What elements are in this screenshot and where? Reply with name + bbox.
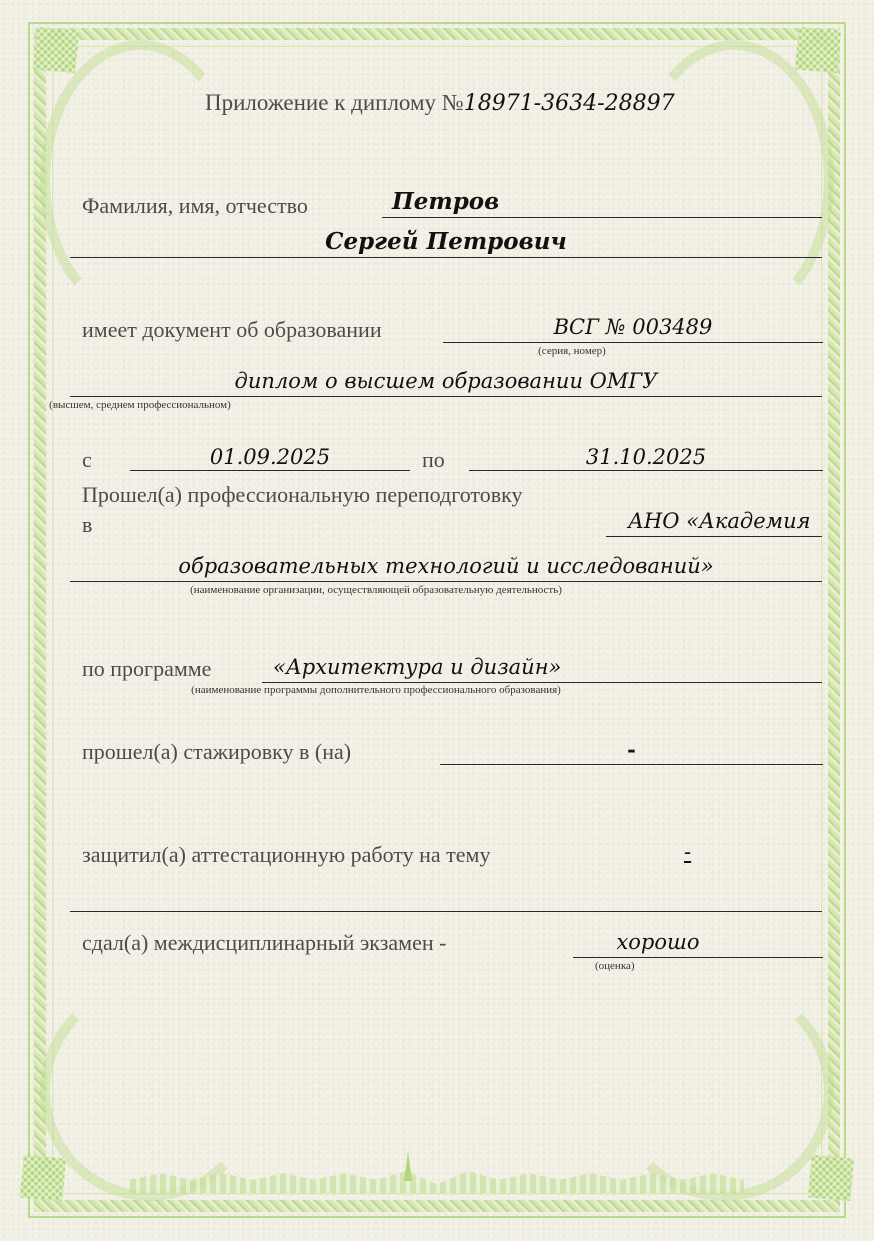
swirl-ornament — [40, 40, 240, 320]
title-prefix: Приложение к диплому № — [205, 90, 464, 115]
corner-ornament-icon — [20, 1155, 66, 1201]
corner-ornament-icon — [795, 27, 841, 73]
swirl-ornament — [634, 40, 834, 320]
thesis-label: защитил(а) аттестационную работу на тему — [82, 842, 490, 868]
surname-value: Петров — [392, 188, 499, 215]
organization-line1-value: АНО «Академия — [628, 509, 811, 533]
name-line — [70, 257, 822, 258]
doc-type-line — [70, 396, 822, 397]
series-number-line — [443, 342, 823, 343]
exam-grade-line — [573, 957, 823, 958]
corner-ornament-icon — [33, 27, 79, 73]
period-from-value: 01.09.2025 — [130, 445, 410, 469]
surname-line — [382, 217, 822, 218]
program-label: по программе — [82, 656, 211, 682]
organization-line2-line — [70, 581, 822, 582]
doc-type-value: диплом о высшем образовании ОМГУ — [70, 369, 822, 393]
period-from-line — [130, 470, 410, 471]
period-to-value: 31.10.2025 — [469, 445, 823, 469]
organization-line2-value: образовательных технологий и исследовани… — [70, 554, 822, 578]
organization-line1-line — [606, 536, 822, 537]
program-value: «Архитектура и дизайн» — [273, 655, 561, 679]
diploma-number: 18971-3634-28897 — [464, 91, 675, 116]
swirl-ornament — [614, 981, 834, 1201]
internship-value: - — [440, 737, 823, 762]
education-doc-label: имеет документ об образовании — [82, 317, 382, 343]
series-number-value: ВСГ № 003489 — [443, 315, 823, 339]
retraining-in-label: в — [82, 512, 92, 538]
retraining-label: Прошел(а) профессиональную переподготовк… — [82, 482, 523, 508]
exam-grade-value: хорошо — [533, 930, 783, 954]
program-hint: (наименование программы дополнительного … — [0, 684, 752, 696]
period-to-line — [469, 470, 823, 471]
period-from-label: с — [82, 447, 92, 473]
organization-hint: (наименование организации, осуществляюще… — [0, 584, 752, 596]
name-patronymic-value: Сергей Петрович — [70, 228, 822, 255]
series-number-hint: (серия, номер) — [443, 345, 701, 357]
program-line — [262, 682, 822, 683]
internship-label: прошел(а) стажировку в (на) — [82, 739, 351, 765]
page-title: Приложение к диплому №18971-3634-28897 — [205, 90, 675, 116]
doc-type-hint: (высшем, среднем профессиональном) — [0, 399, 516, 411]
exam-grade-hint: (оценка) — [595, 960, 635, 972]
swirl-ornament — [40, 981, 260, 1201]
thesis-line — [70, 911, 822, 912]
corner-ornament-icon — [808, 1155, 854, 1201]
thesis-value: - — [684, 840, 691, 864]
exam-label: сдал(а) междисциплинарный экзамен - — [82, 930, 446, 956]
internship-line — [440, 764, 823, 765]
fio-label: Фамилия, имя, отчество — [82, 193, 308, 219]
period-to-label: по — [422, 447, 445, 473]
